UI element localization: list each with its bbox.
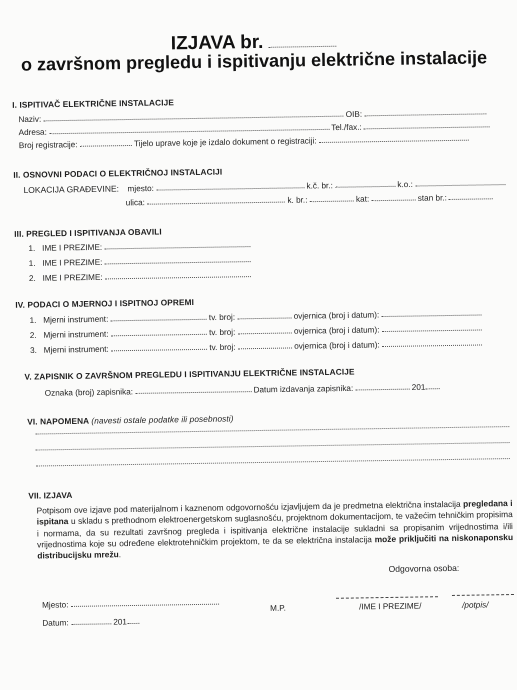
ime-prezime-signature-line[interactable] [336,596,438,599]
footer-datum-row: Datum: 201 [42,616,139,628]
napomena-line-1[interactable] [35,426,509,434]
kat-field[interactable] [371,193,415,202]
section-5-heading: V. ZAPISNIK O ZAVRŠNOM PREGLEDU I ISPITI… [24,366,354,381]
tv-broj-field[interactable] [238,340,292,349]
ulica-row: ulica: k. br.: kat: stan br.: [126,191,494,207]
section-7-heading: VII. IZJAVA [28,490,72,501]
inspector-name-field[interactable] [105,269,251,280]
oib-field[interactable] [364,106,486,116]
declaration-paragraph: Potpisom ove izjave pod materijalnom i k… [36,498,513,562]
footer-datum-field[interactable] [71,616,111,625]
instrument-field[interactable] [111,327,207,337]
ime-prezime-label: /IME I PREZIME/ [359,601,421,611]
mp-stamp-label: M.P. [270,604,286,613]
naziv-field[interactable] [43,109,343,122]
odgovorna-osoba-label: Odgovorna osoba: [388,563,459,574]
napomena-line-3[interactable] [36,458,510,466]
stan-br-field[interactable] [449,191,493,200]
section-1-heading: I. ISPITIVAČ ELEKTRIČNE INSTALACIJE [12,97,174,110]
instrument-row: 1. Mjerni instrument: tv. broj: ovjernic… [29,307,481,324]
potpis-signature-line[interactable] [452,594,514,596]
section-3-heading: III. PREGLED I ISPITIVANJA OBAVILI [14,226,162,238]
declaration-form: IZJAVA br. o završnom pregledu i ispitiv… [0,0,517,690]
inspector-row: 1. IME I PREZIME: [28,239,250,253]
potpis-label: /potpis/ [462,600,489,609]
inspector-row: 1. IME I PREZIME: [29,254,251,268]
inspector-row: 2. IME I PREZIME: [29,269,251,283]
zapisnik-row: Oznaka (broj) zapisnika: Datum izdavanja… [45,381,440,398]
ko-field[interactable] [415,177,505,187]
datum-izdavanja-field[interactable] [355,382,409,391]
tijelo-field[interactable] [319,133,469,144]
instrument-row: 2. Mjerni instrument: tv. broj: ovjernic… [30,322,482,339]
kc-br-field[interactable] [335,179,395,188]
declaration-number-field[interactable] [269,36,337,48]
instrument-field[interactable] [111,342,207,352]
napomena-line-2[interactable] [36,442,510,450]
broj-registracije-field[interactable] [80,138,132,147]
ovjernica-field[interactable] [382,337,482,347]
tv-broj-field[interactable] [238,325,292,334]
datum-izdavanja-year-field[interactable] [425,381,439,390]
instrument-field[interactable] [111,312,207,322]
footer-datum-year-field[interactable] [127,616,139,625]
ovjernica-field[interactable] [382,322,482,332]
section-2-heading: II. OSNOVNI PODACI O ELEKTRIČNOJ INSTALA… [13,167,222,180]
inspector-name-field[interactable] [104,239,250,250]
telfax-field[interactable] [364,119,490,129]
section-4-heading: IV. PODACI O MJERNOJ I ISPITNOJ OPREMI [15,297,194,310]
footer-mjesto-row: Mjesto: [42,597,219,610]
adresa-field[interactable] [49,122,329,135]
section-6-heading: VI. NAPOMENA (navesti ostale podatke ili… [27,413,234,426]
ulica-field[interactable] [147,195,285,206]
ovjernica-field[interactable] [381,307,481,317]
footer-mjesto-field[interactable] [71,597,219,608]
instrument-row: 3. Mjerni instrument: tv. broj: ovjernic… [30,337,482,354]
k-br-field[interactable] [310,193,354,202]
mjesto-field[interactable] [156,180,304,191]
tv-broj-field[interactable] [237,310,291,319]
oznaka-zapisnika-field[interactable] [135,384,251,394]
inspector-name-field[interactable] [105,254,251,265]
